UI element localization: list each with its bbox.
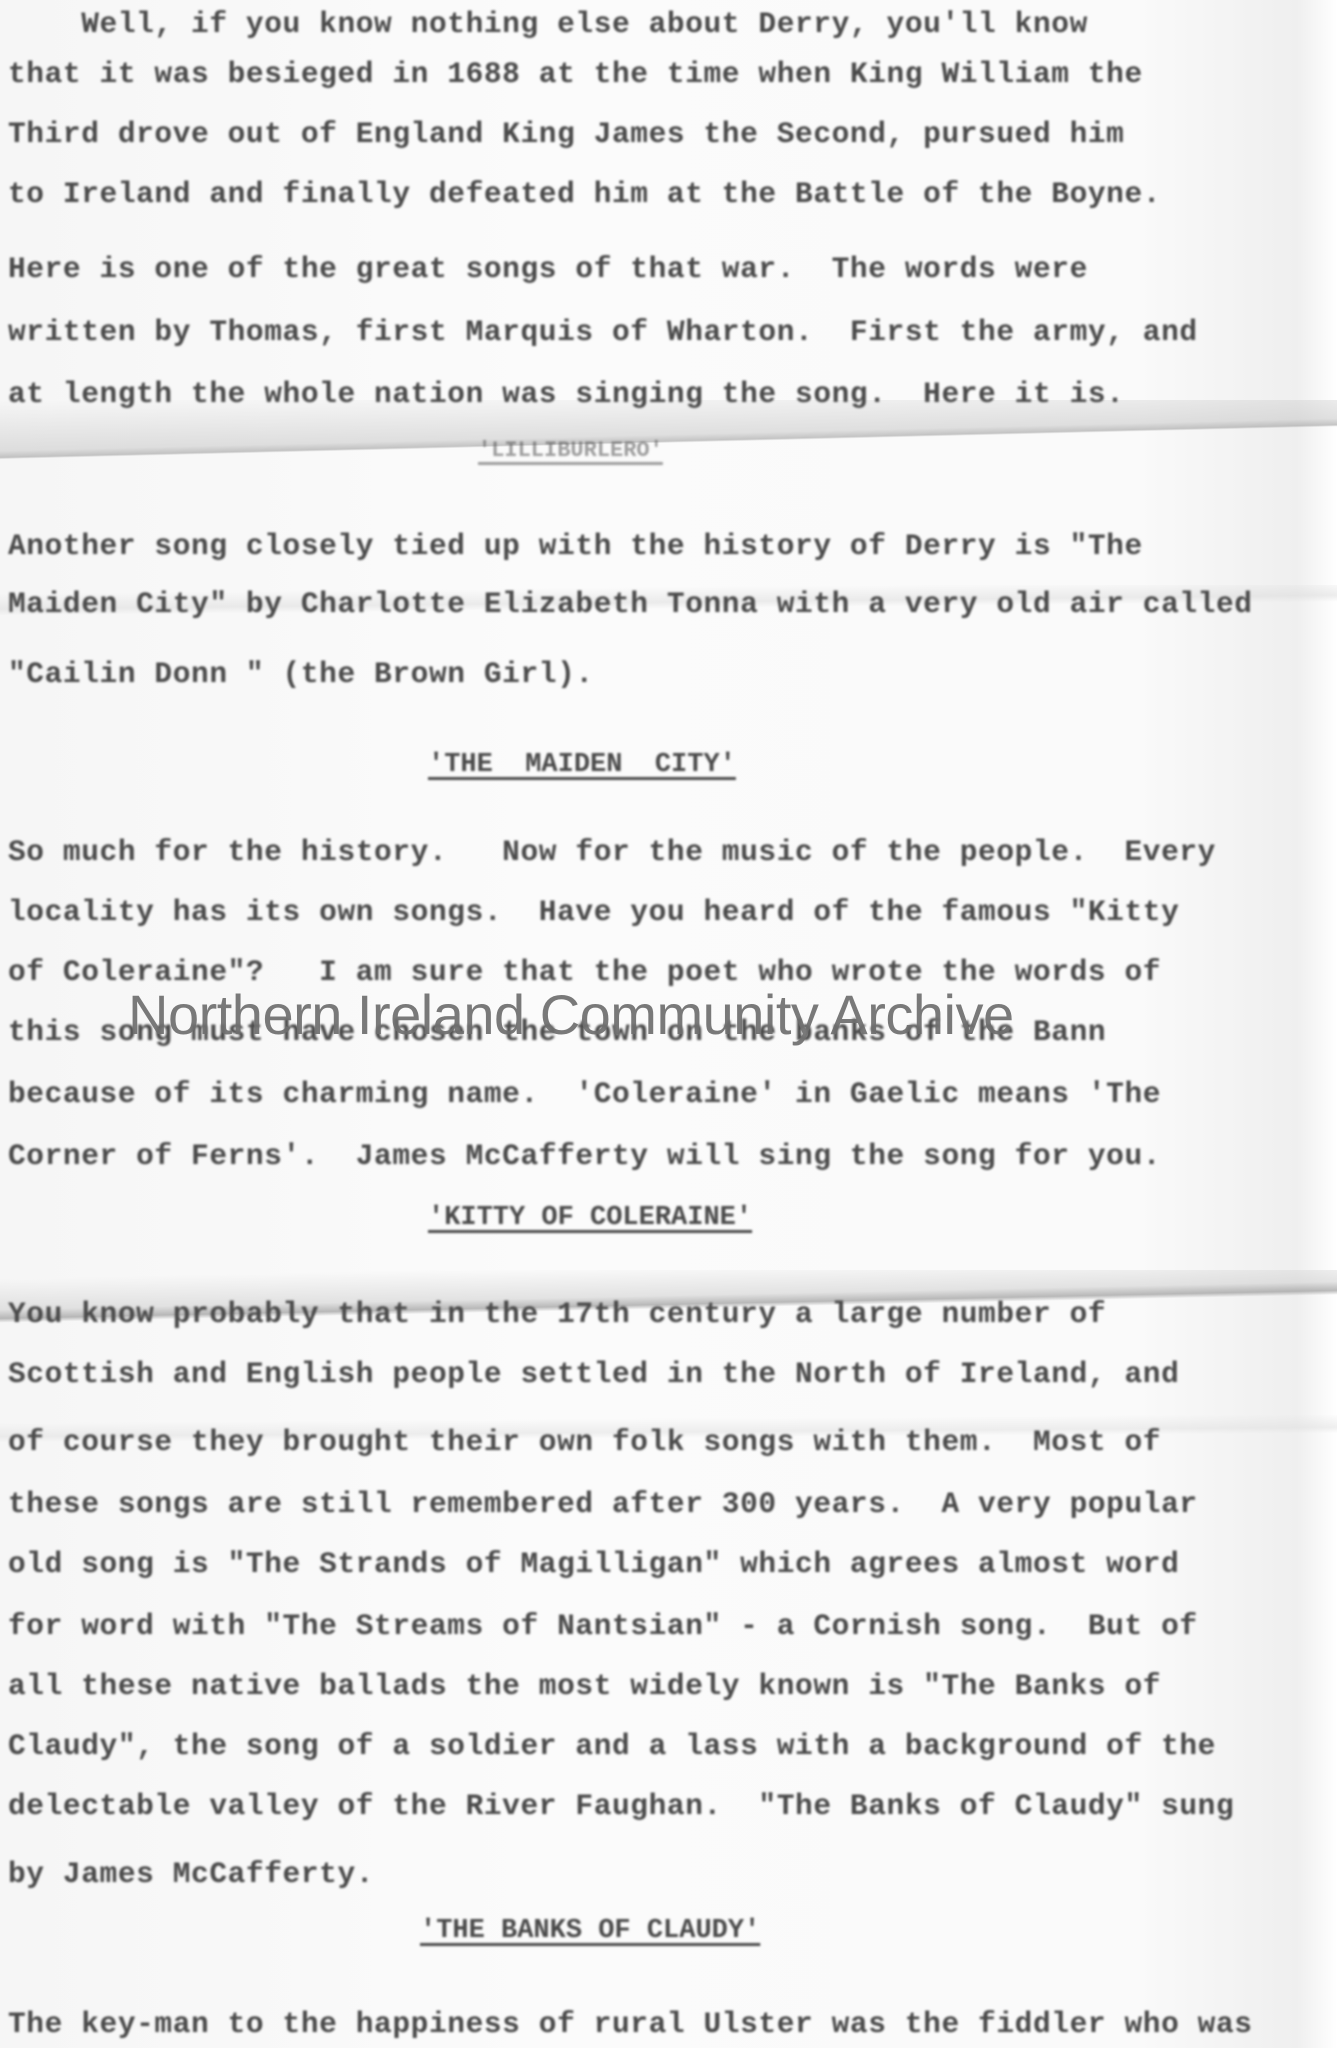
text-line: You know probably that in the 17th centu… [8,1300,1106,1330]
text-line: locality has its own songs. Have you hea… [8,898,1179,928]
text-line: Well, if you know nothing else about Der… [8,10,1088,40]
text-line: all these native ballads the most widely… [8,1672,1161,1702]
text-line: of course they brought their own folk so… [8,1428,1161,1458]
song-heading-lilliburlero: 'LILLIBURLERO' [478,440,663,462]
text-line: So much for the history. Now for the mus… [8,838,1216,868]
text-line: Scottish and English people settled in t… [8,1360,1179,1390]
text-line: at length the whole nation was singing t… [8,380,1124,410]
text-line: Claudy", the song of a soldier and a las… [8,1732,1216,1762]
text-line: Third drove out of England King James th… [8,120,1124,150]
text-line: because of its charming name. 'Coleraine… [8,1080,1161,1110]
text-line: "Cailin Donn " (the Brown Girl). [8,660,594,690]
archive-watermark: Northern Ireland Community Archive [128,987,1014,1043]
text-line: to Ireland and finally defeated him at t… [8,180,1161,210]
song-heading-banks-of-claudy: 'THE BANKS OF CLAUDY' [420,1918,760,1945]
text-line: Here is one of the great songs of that w… [8,255,1088,285]
text-line: written by Thomas, first Marquis of Whar… [8,318,1198,348]
text-line: for word with "The Streams of Nantsian" … [8,1612,1198,1642]
text-line: that it was besieged in 1688 at the time… [8,60,1143,90]
typewritten-document-page: Well, if you know nothing else about Der… [0,0,1337,2048]
text-line: these songs are still remembered after 3… [8,1490,1198,1520]
text-line: Maiden City" by Charlotte Elizabeth Tonn… [8,590,1253,620]
text-line: by James McCafferty. [8,1860,374,1890]
song-heading-kitty-of-coleraine: 'KITTY OF COLERAINE' [428,1205,752,1232]
text-line: Corner of Ferns'. James McCafferty will … [8,1142,1161,1172]
text-line: old song is "The Strands of Magilligan" … [8,1550,1179,1580]
text-line: delectable valley of the River Faughan. … [8,1792,1234,1822]
text-line: The key-man to the happiness of rural Ul… [8,2010,1253,2040]
song-heading-maiden-city: 'THE MAIDEN CITY' [428,752,736,779]
text-line: Another song closely tied up with the hi… [8,532,1143,562]
